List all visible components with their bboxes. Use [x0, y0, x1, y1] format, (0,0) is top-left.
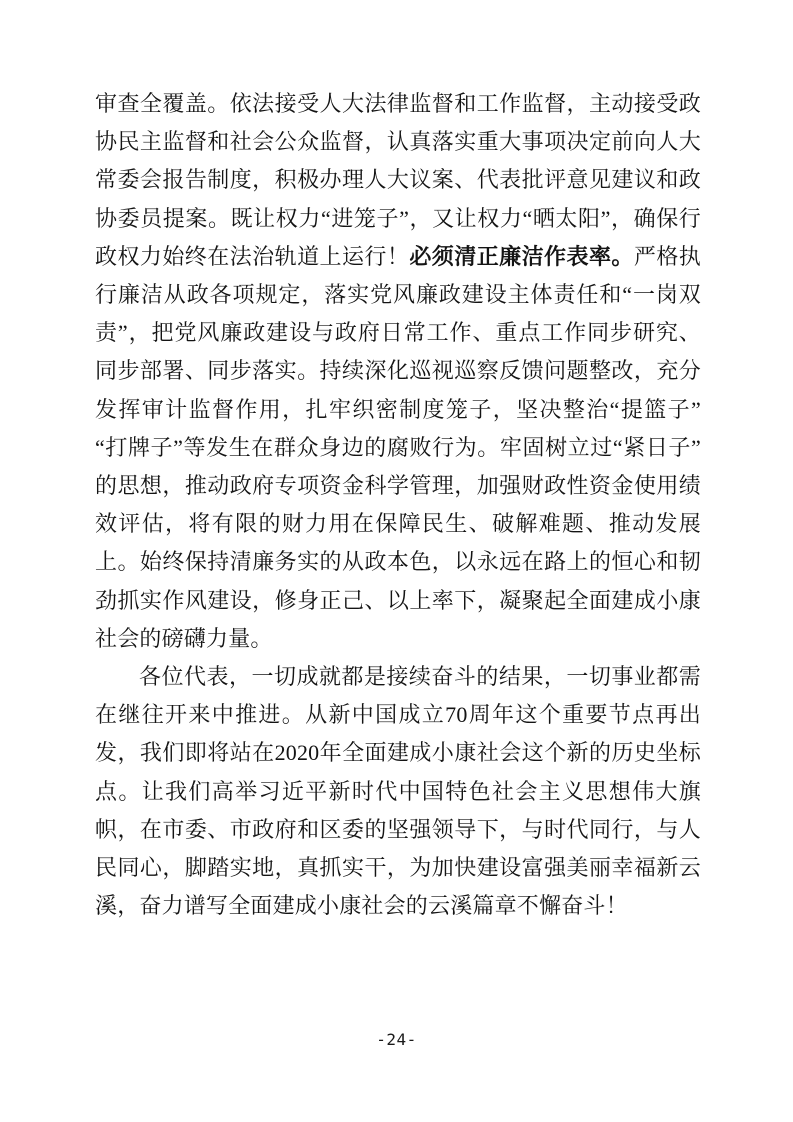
document-body: 审查全覆盖。依法接受人大法律监督和工作监督，主动接受政协民主监督和社会公众监督，… [95, 85, 701, 925]
page-number: -24- [0, 1030, 793, 1049]
text-segment: 各位代表，一切成就都是接续奋斗的结果，一切事业都需在继往开来中推进。从新中国成立… [95, 664, 701, 918]
paragraph: 审查全覆盖。依法接受人大法律监督和工作监督，主动接受政协民主监督和社会公众监督，… [95, 85, 701, 658]
paragraph: 各位代表，一切成就都是接续奋斗的结果，一切事业都需在继往开来中推进。从新中国成立… [95, 658, 701, 925]
emphasis-text-segment: 必须清正廉洁作表率。 [409, 244, 634, 269]
document-page: 审查全覆盖。依法接受人大法律监督和工作监督，主动接受政协民主监督和社会公众监督，… [0, 0, 793, 1122]
text-segment: 审查全覆盖。依法接受人大法律监督和工作监督，主动接受政协民主监督和社会公众监督，… [95, 91, 701, 269]
text-segment: 严格执行廉洁从政各项规定，落实党风廉政建设主体责任和“一岗双责”，把党风廉政建设… [95, 244, 701, 651]
